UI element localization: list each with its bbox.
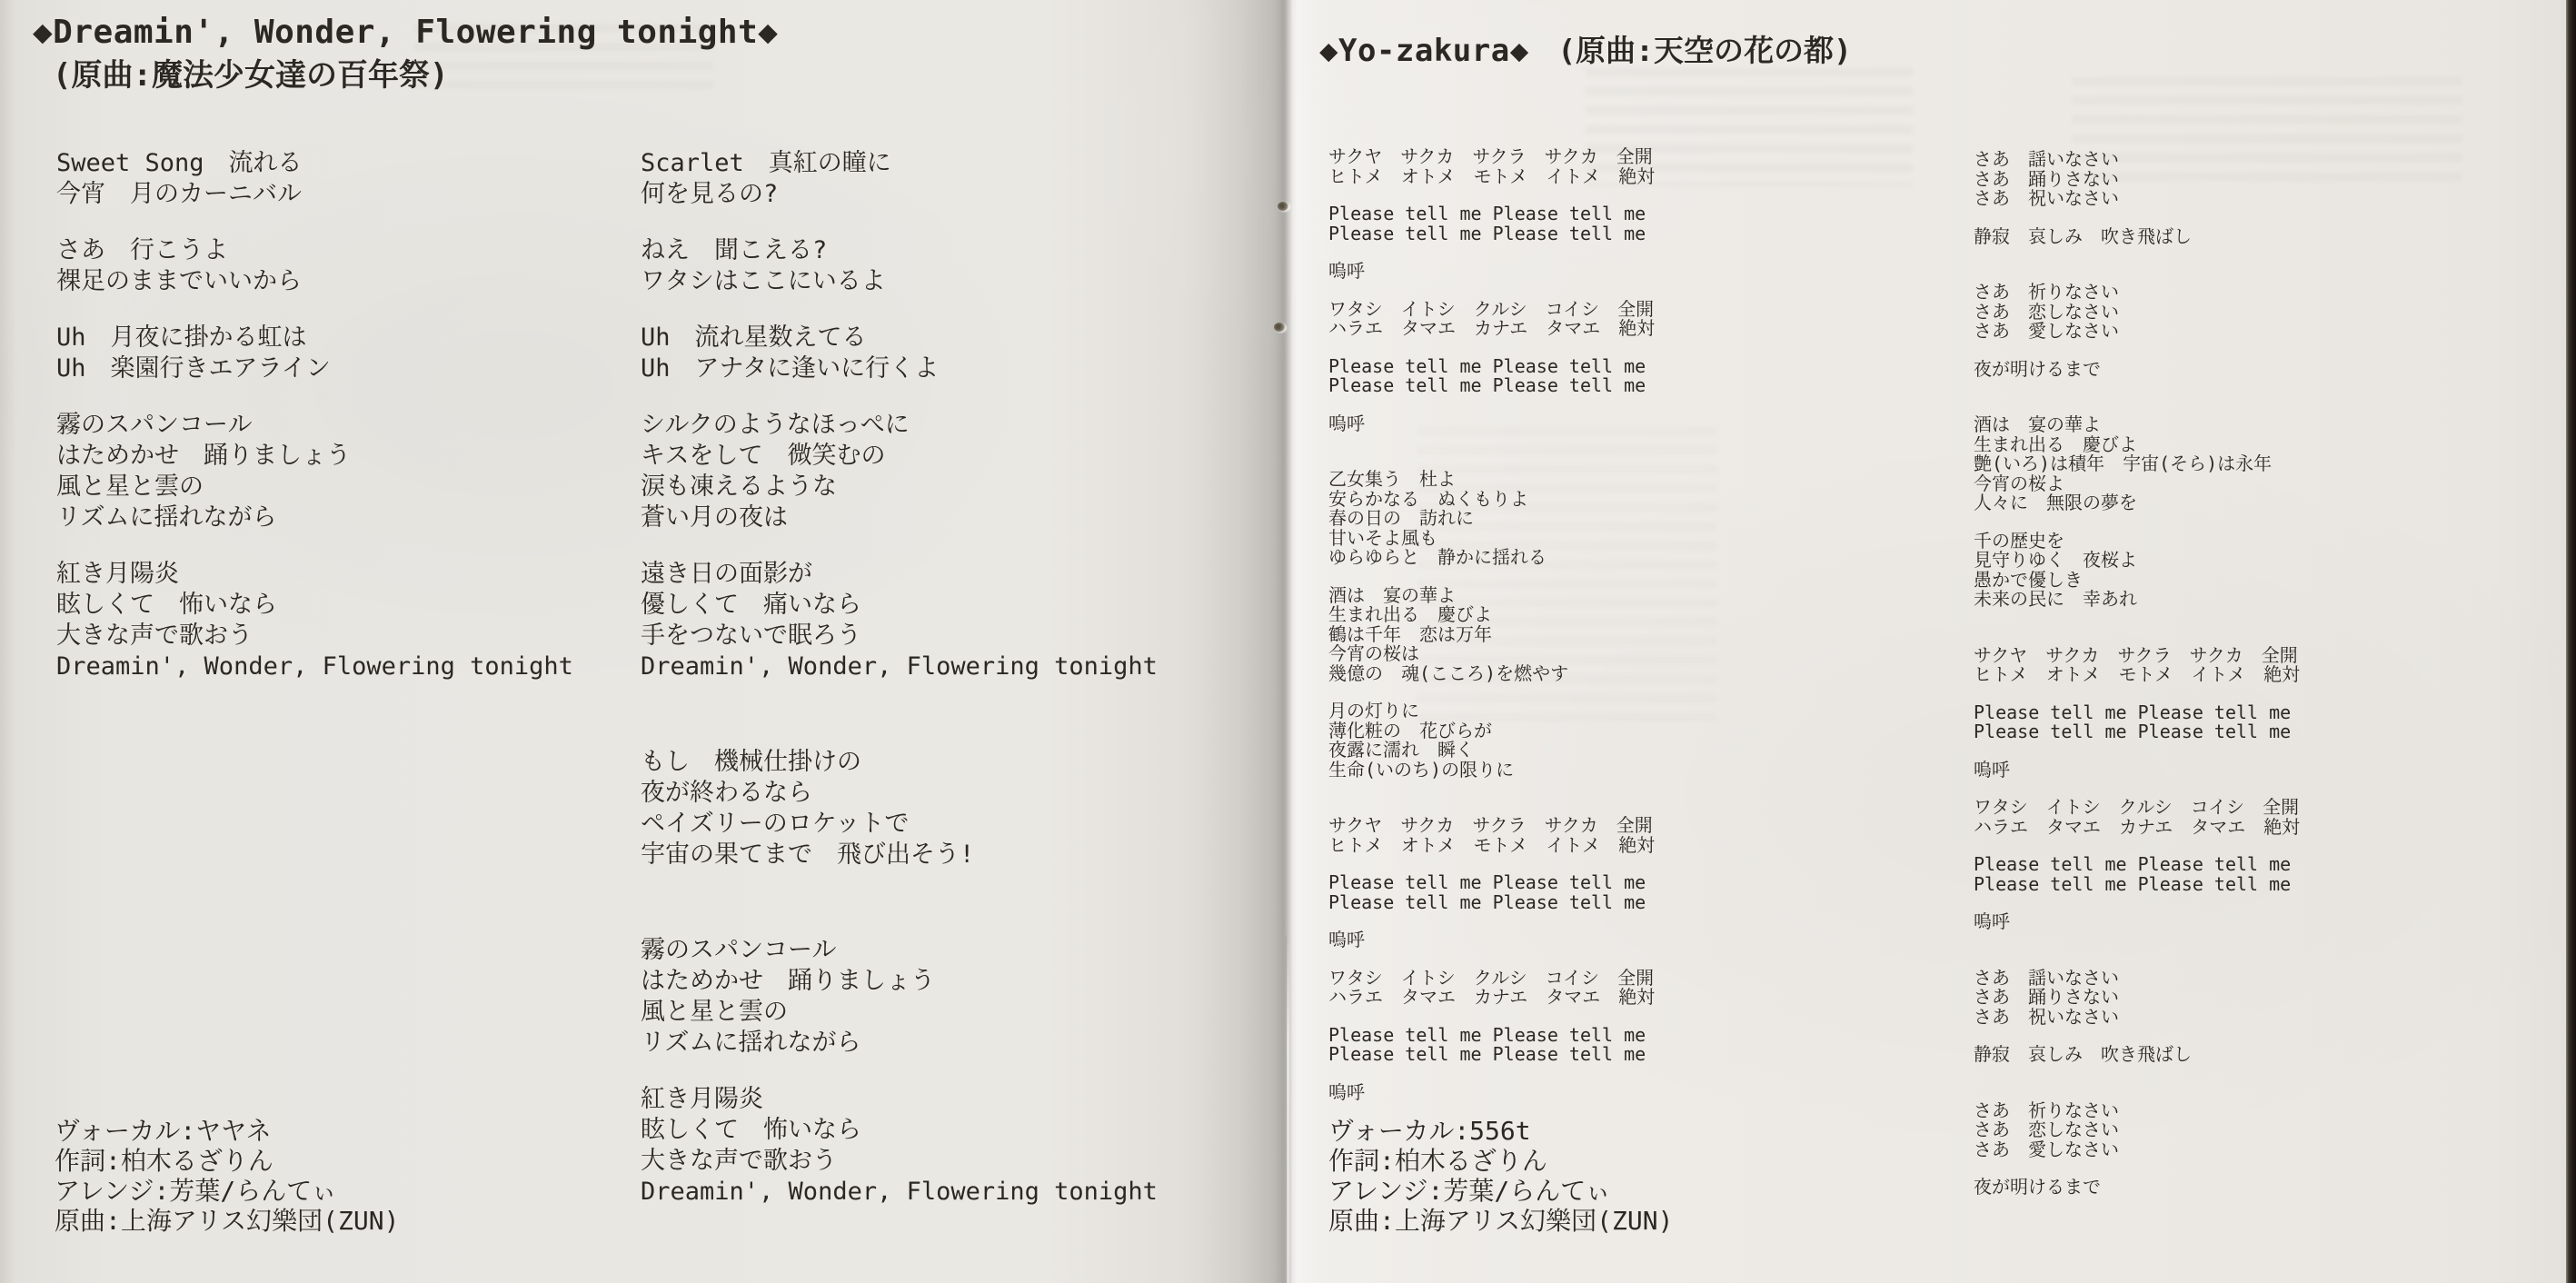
lyric-stanza: Scarlet 真紅の瞳に何を見るの? <box>641 148 1240 210</box>
lyric-line: リズムに揺れながら <box>641 1028 1240 1059</box>
lyric-line: さあ 祝いなさい <box>1974 189 2564 209</box>
lyric-line: 今宵の桜よ <box>1974 474 2564 494</box>
lyric-stanza: 紅き月陽炎眩しくて 怖いなら大きな声で歌おうDreamin', Wonder, … <box>56 559 638 682</box>
lyric-stanza: Uh 月夜に掛かる虹はUh 楽園行きエアライン <box>56 323 638 384</box>
lyric-stanza: 遠き日の面影が優しくて 痛いなら手をつないで眠ろうDreamin', Wonde… <box>641 559 1240 682</box>
stanza-group: さあ 祈りなさいさあ 恋しなさいさあ 愛しなさい夜が明けるまで <box>1974 1101 2564 1198</box>
stanza-group: Scarlet 真紅の瞳に何を見るの?ねえ 聞こえる?ワタシはここにいるよUh … <box>641 148 1240 682</box>
lyric-line: 未来の民に 幸あれ <box>1974 590 2564 610</box>
lyric-line: さあ 祝いなさい <box>1974 1008 2564 1028</box>
lyric-stanza: Please tell me Please tell mePlease tell… <box>1974 703 2564 742</box>
lyric-line: さあ 恋しなさい <box>1974 1120 2564 1140</box>
lyric-line: 眩しくて 怖いなら <box>56 590 638 621</box>
credit-line: ヴォーカル:ヤヤネ <box>55 1116 399 1146</box>
lyric-stanza: 酒は 宴の華よ生まれ出る 慶びよ艶(いろ)は積年 宇宙(そら)は永年今宵の桜よ人… <box>1974 415 2564 513</box>
lyric-line: Uh 月夜に掛かる虹は <box>56 323 638 353</box>
lyric-line: 大きな声で歌おう <box>641 1146 1240 1177</box>
lyric-stanza: 霧のスパンコールはためかせ 踊りましょう風と星と雲のリズムに揺れながら <box>56 410 638 533</box>
credit-line: 作詞:柏木るざりん <box>1328 1146 1673 1176</box>
lyric-line: 紅き月陽炎 <box>56 559 638 590</box>
lyric-line: Please tell me Please tell me <box>1328 893 1928 913</box>
stanza-group: もし 機械仕掛けの夜が終わるならペイズリーのロケットで宇宙の果てまで 飛び出そう… <box>641 747 1240 870</box>
lyric-line: 夜が明けるまで <box>1974 360 2564 380</box>
right-song-title: ◆Yo-zakura◆ <box>1319 33 1529 69</box>
lyric-line: ペイズリーのロケットで <box>641 809 1240 840</box>
credit-line: アレンジ:芳葉/らんてぃ <box>1328 1176 1673 1206</box>
lyric-line: 艶(いろ)は積年 宇宙(そら)は永年 <box>1974 454 2564 474</box>
stanza-group: 酒は 宴の華よ生まれ出る 慶びよ艶(いろ)は積年 宇宙(そら)は永年今宵の桜よ人… <box>1974 415 2564 610</box>
lyric-stanza: さあ 祈りなさいさあ 恋しなさいさあ 愛しなさい <box>1974 283 2564 342</box>
lyric-line: 春の日の 訪れに <box>1328 509 1928 529</box>
lyric-stanza: 千の歴史を見守りゆく 夜桜よ愚かで優しき未来の民に 幸あれ <box>1974 532 2564 610</box>
booklet-spread: ◆Dreamin', Wonder, Flowering tonight◆ (原… <box>0 0 2576 1283</box>
lyric-line: はためかせ 踊りましょう <box>56 441 638 472</box>
staple-mark <box>1278 202 1288 211</box>
lyric-line: 甘いそよ風も <box>1328 529 1928 549</box>
lyric-stanza: 嗚呼 <box>1974 761 2564 781</box>
lyric-line: Dreamin', Wonder, Flowering tonight <box>641 1177 1240 1208</box>
lyric-line: 生まれ出る 慶びよ <box>1328 605 1928 625</box>
lyric-line: Please tell me Please tell me <box>1328 357 1928 377</box>
lyric-line: シルクのようなほっぺに <box>641 410 1240 441</box>
stanza-group: さあ 謡いなさいさあ 踊りさないさあ 祝いなさい静寂 哀しみ 吹き飛ばし <box>1974 969 2564 1065</box>
lyric-line: 酒は 宴の華よ <box>1328 586 1928 606</box>
lyric-stanza: 静寂 哀しみ 吹き飛ばし <box>1974 227 2564 247</box>
lyric-stanza: 嗚呼 <box>1328 930 1928 950</box>
lyric-line: さあ 謡いなさい <box>1974 969 2564 989</box>
lyric-line: ハラエ タマエ カナエ タマエ 絶対 <box>1328 988 1928 1008</box>
stanza-group: Sweet Song 流れる今宵 月のカーニバルさあ 行こうよ裸足のままでいいか… <box>56 148 638 682</box>
lyric-line: 霧のスパンコール <box>56 410 638 441</box>
lyric-stanza: Please tell me Please tell mePlease tell… <box>1974 855 2564 894</box>
lyric-line: 薄化粧の 花びらが <box>1328 721 1928 741</box>
credit-line: アレンジ:芳葉/らんてぃ <box>55 1176 399 1206</box>
lyric-line: 夜が終わるなら <box>641 778 1240 809</box>
lyric-line: サクヤ サクカ サクラ サクカ 全開 <box>1974 646 2564 666</box>
lyric-line: 嗚呼 <box>1328 414 1928 434</box>
lyric-stanza: さあ 祈りなさいさあ 恋しなさいさあ 愛しなさい <box>1974 1101 2564 1160</box>
credit-line: 原曲:上海アリス幻樂団(ZUN) <box>1328 1206 1673 1236</box>
fold-crease <box>1287 936 1289 1283</box>
lyric-line: さあ 恋しなさい <box>1974 303 2564 323</box>
lyric-stanza: もし 機械仕掛けの夜が終わるならペイズリーのロケットで宇宙の果てまで 飛び出そう… <box>641 747 1240 870</box>
lyric-stanza: 夜が明けるまで <box>1974 1178 2564 1198</box>
lyric-line: はためかせ 踊りましょう <box>641 966 1240 997</box>
lyric-line: Please tell me Please tell me <box>1328 1045 1928 1065</box>
lyric-line: 嗚呼 <box>1974 761 2564 781</box>
stanza-group: 乙女集う 杜よ安らかなる ぬくもりよ春の日の 訪れに甘いそよ風もゆらゆらと 静か… <box>1328 470 1928 780</box>
lyric-line: ワタシ イトシ クルシ コイシ 全開 <box>1328 300 1928 320</box>
lyric-line: ねえ 聞こえる? <box>641 235 1240 266</box>
lyric-line: ハラエ タマエ カナエ タマエ 絶対 <box>1974 818 2564 838</box>
lyric-line: さあ 祈りなさい <box>1974 283 2564 303</box>
lyric-stanza: Please tell me Please tell mePlease tell… <box>1328 873 1928 912</box>
lyric-line: 見守りゆく 夜桜よ <box>1974 551 2564 571</box>
lyric-stanza: Please tell me Please tell mePlease tell… <box>1328 1026 1928 1065</box>
lyric-line: Please tell me Please tell me <box>1328 224 1928 244</box>
lyric-line: 霧のスパンコール <box>641 935 1240 966</box>
lyric-line: Please tell me Please tell me <box>1328 376 1928 396</box>
lyric-line: 嗚呼 <box>1974 912 2564 932</box>
lyric-line: 風と星と雲の <box>56 472 638 502</box>
lyric-stanza: サクヤ サクカ サクラ サクカ 全開ヒトメ オトメ モトメ イトメ 絶対 <box>1328 816 1928 855</box>
lyric-line: 何を見るの? <box>641 179 1240 210</box>
lyric-stanza: Please tell me Please tell mePlease tell… <box>1328 204 1928 244</box>
lyric-stanza: 静寂 哀しみ 吹き飛ばし <box>1974 1045 2564 1065</box>
left-song-title: ◆Dreamin', Wonder, Flowering tonight◆ <box>33 13 778 53</box>
lyric-stanza: ワタシ イトシ クルシ コイシ 全開ハラエ タマエ カナエ タマエ 絶対 <box>1328 969 1928 1008</box>
lyric-line: 夜が明けるまで <box>1974 1178 2564 1198</box>
lyric-line: 月の灯りに <box>1328 701 1928 721</box>
lyric-line: Dreamin', Wonder, Flowering tonight <box>56 651 638 682</box>
lyric-line: 優しくて 痛いなら <box>641 590 1240 621</box>
page-fold-shadow <box>1181 0 1318 1283</box>
lyric-line: 遠き日の面影が <box>641 559 1240 590</box>
lyric-line: 眩しくて 怖いなら <box>641 1115 1240 1146</box>
lyric-line: 裸足のままでいいから <box>56 266 638 297</box>
right-title-line: ◆Yo-zakura◆ (原曲:天空の花の都) <box>1319 27 1852 70</box>
lyric-line: さあ 踊りさない <box>1974 170 2564 190</box>
lyric-stanza: 月の灯りに薄化粧の 花びらが夜露に濡れ 瞬く生命(いのち)の限りに <box>1328 701 1928 780</box>
lyric-line: ワタシ イトシ クルシ コイシ 全開 <box>1328 969 1928 989</box>
lyric-line: 嗚呼 <box>1328 930 1928 950</box>
lyric-line: 人々に 無限の夢を <box>1974 493 2564 513</box>
stanza-group: さあ 謡いなさいさあ 踊りさないさあ 祝いなさい静寂 哀しみ 吹き飛ばし <box>1974 150 2564 246</box>
lyric-stanza: 嗚呼 <box>1328 414 1928 434</box>
staple-mark <box>1274 323 1285 332</box>
lyric-stanza: サクヤ サクカ サクラ サクカ 全開ヒトメ オトメ モトメ イトメ 絶対 <box>1974 646 2564 685</box>
lyric-line: さあ 踊りさない <box>1974 988 2564 1008</box>
lyric-line: Uh 楽園行きエアライン <box>56 353 638 384</box>
lyric-line: Scarlet 真紅の瞳に <box>641 148 1240 179</box>
left-lyrics-column-2: Scarlet 真紅の瞳に何を見るの?ねえ 聞こえる?ワタシはここにいるよUh … <box>641 148 1240 1208</box>
left-song-origin: (原曲:魔法少女達の百年祭) <box>53 56 448 94</box>
lyric-line: Please tell me Please tell me <box>1974 722 2564 742</box>
lyric-stanza: 紅き月陽炎眩しくて 怖いなら大きな声で歌おうDreamin', Wonder, … <box>641 1084 1240 1208</box>
left-credits: ヴォーカル:ヤヤネ作詞:柏木るざりんアレンジ:芳葉/らんてぃ原曲:上海アリス幻樂… <box>55 1116 399 1236</box>
stanza-group: サクヤ サクカ サクラ サクカ 全開ヒトメ オトメ モトメ イトメ 絶対Plea… <box>1328 147 1928 433</box>
lyric-line: 宇宙の果てまで 飛び出そう! <box>641 840 1240 870</box>
right-lyrics-column-1: サクヤ サクカ サクラ サクカ 全開ヒトメ オトメ モトメ イトメ 絶対Plea… <box>1328 147 1928 1102</box>
stanza-group: さあ 祈りなさいさあ 恋しなさいさあ 愛しなさい夜が明けるまで <box>1974 283 2564 379</box>
lyric-stanza: さあ 謡いなさいさあ 踊りさないさあ 祝いなさい <box>1974 969 2564 1028</box>
lyric-line: ヒトメ オトメ モトメ イトメ 絶対 <box>1974 665 2564 685</box>
lyric-line: ハラエ タマエ カナエ タマエ 絶対 <box>1328 319 1928 339</box>
lyric-line: ヒトメ オトメ モトメ イトメ 絶対 <box>1328 167 1928 187</box>
lyric-line: Uh 流れ星数えてる <box>641 323 1240 353</box>
page-left: ◆Dreamin', Wonder, Flowering tonight◆ (原… <box>0 0 1281 1283</box>
lyric-stanza: ねえ 聞こえる?ワタシはここにいるよ <box>641 235 1240 297</box>
lyric-line: ゆらゆらと 静かに揺れる <box>1328 548 1928 568</box>
lyric-line: さあ 祈りなさい <box>1974 1101 2564 1121</box>
lyric-line: キスをして 微笑むの <box>641 441 1240 472</box>
lyric-line: Please tell me Please tell me <box>1328 204 1928 224</box>
lyric-line: 今宵の桜は <box>1328 644 1928 664</box>
lyric-line: 風と星と雲の <box>641 997 1240 1028</box>
lyric-line: Please tell me Please tell me <box>1974 855 2564 875</box>
lyric-line: 静寂 哀しみ 吹き飛ばし <box>1974 1045 2564 1065</box>
lyric-line: 手をつないで眠ろう <box>641 621 1240 651</box>
lyric-stanza: 霧のスパンコールはためかせ 踊りましょう風と星と雲のリズムに揺れながら <box>641 935 1240 1059</box>
lyric-line: 生命(いのち)の限りに <box>1328 761 1928 781</box>
right-lyrics-column-2: さあ 謡いなさいさあ 踊りさないさあ 祝いなさい静寂 哀しみ 吹き飛ばしさあ 祈… <box>1974 150 2564 1198</box>
credit-line: 原曲:上海アリス幻樂団(ZUN) <box>55 1206 399 1236</box>
lyric-line: Please tell me Please tell me <box>1974 875 2564 895</box>
right-credits: ヴォーカル:556t作詞:柏木るざりんアレンジ:芳葉/らんてぃ原曲:上海アリス幻… <box>1328 1116 1673 1236</box>
lyric-line: 幾億の 魂(こころ)を燃やす <box>1328 664 1928 684</box>
lyric-line: Dreamin', Wonder, Flowering tonight <box>641 651 1240 682</box>
lyric-stanza: ワタシ イトシ クルシ コイシ 全開ハラエ タマエ カナエ タマエ 絶対 <box>1328 300 1928 339</box>
lyric-line: もし 機械仕掛けの <box>641 747 1240 778</box>
credit-line: ヴォーカル:556t <box>1328 1116 1673 1146</box>
lyric-stanza: 嗚呼 <box>1974 912 2564 932</box>
lyric-line: ヒトメ オトメ モトメ イトメ 絶対 <box>1328 836 1928 856</box>
right-song-origin: (原曲:天空の花の都) <box>1557 33 1852 68</box>
lyric-line: 嗚呼 <box>1328 262 1928 282</box>
lyric-line: Uh アナタに逢いに行くよ <box>641 353 1240 384</box>
lyric-stanza: 夜が明けるまで <box>1974 360 2564 380</box>
lyric-line: Sweet Song 流れる <box>56 148 638 179</box>
lyric-line: 涙も凍えるような <box>641 472 1240 502</box>
lyric-line: 鶴は千年 恋は万年 <box>1328 625 1928 645</box>
lyric-stanza: 乙女集う 杜よ安らかなる ぬくもりよ春の日の 訪れに甘いそよ風もゆらゆらと 静か… <box>1328 470 1928 568</box>
lyric-stanza: シルクのようなほっぺにキスをして 微笑むの涙も凍えるような蒼い月の夜は <box>641 410 1240 533</box>
lyric-line: 大きな声で歌おう <box>56 621 638 651</box>
lyric-line: リズムに揺れながら <box>56 502 638 533</box>
lyric-line: 乙女集う 杜よ <box>1328 470 1928 490</box>
page-right: ◆Yo-zakura◆ (原曲:天空の花の都) サクヤ サクカ サクラ サクカ … <box>1281 0 2576 1283</box>
lyric-stanza: 嗚呼 <box>1328 1083 1928 1103</box>
lyric-line: サクヤ サクカ サクラ サクカ 全開 <box>1328 147 1928 167</box>
lyric-stanza: Please tell me Please tell mePlease tell… <box>1328 357 1928 396</box>
lyric-line: 嗚呼 <box>1328 1083 1928 1103</box>
lyric-line: さあ 愛しなさい <box>1974 322 2564 342</box>
lyric-line: Please tell me Please tell me <box>1974 703 2564 723</box>
lyric-line: 夜露に濡れ 瞬く <box>1328 741 1928 761</box>
scan-edge <box>2566 0 2576 1283</box>
lyric-line: Please tell me Please tell me <box>1328 1026 1928 1046</box>
left-lyrics-column-1: Sweet Song 流れる今宵 月のカーニバルさあ 行こうよ裸足のままでいいか… <box>56 148 638 682</box>
lyric-stanza: さあ 行こうよ裸足のままでいいから <box>56 235 638 297</box>
stanza-group: サクヤ サクカ サクラ サクカ 全開ヒトメ オトメ モトメ イトメ 絶対Plea… <box>1974 646 2564 932</box>
lyric-line: ワタシ イトシ クルシ コイシ 全開 <box>1974 798 2564 818</box>
lyric-line: 生まれ出る 慶びよ <box>1974 435 2564 455</box>
lyric-stanza: 酒は 宴の華よ生まれ出る 慶びよ鶴は千年 恋は万年今宵の桜は幾億の 魂(こころ)… <box>1328 586 1928 684</box>
lyric-line: Please tell me Please tell me <box>1328 873 1928 893</box>
lyric-line: 蒼い月の夜は <box>641 502 1240 533</box>
lyric-line: 安らかなる ぬくもりよ <box>1328 490 1928 510</box>
lyric-line: さあ 愛しなさい <box>1974 1140 2564 1160</box>
lyric-line: さあ 行こうよ <box>56 235 638 266</box>
credit-line: 作詞:柏木るざりん <box>55 1146 399 1176</box>
lyric-line: サクヤ サクカ サクラ サクカ 全開 <box>1328 816 1928 836</box>
lyric-stanza: ワタシ イトシ クルシ コイシ 全開ハラエ タマエ カナエ タマエ 絶対 <box>1974 798 2564 837</box>
lyric-stanza: Uh 流れ星数えてるUh アナタに逢いに行くよ <box>641 323 1240 384</box>
lyric-line: ワタシはここにいるよ <box>641 266 1240 297</box>
lyric-line: 酒は 宴の華よ <box>1974 415 2564 435</box>
lyric-stanza: さあ 謡いなさいさあ 踊りさないさあ 祝いなさい <box>1974 150 2564 209</box>
stanza-group: 霧のスパンコールはためかせ 踊りましょう風と星と雲のリズムに揺れながら紅き月陽炎… <box>641 935 1240 1208</box>
lyric-line: 静寂 哀しみ 吹き飛ばし <box>1974 227 2564 247</box>
lyric-line: 今宵 月のカーニバル <box>56 179 638 210</box>
lyric-stanza: サクヤ サクカ サクラ サクカ 全開ヒトメ オトメ モトメ イトメ 絶対 <box>1328 147 1928 186</box>
lyric-line: 千の歴史を <box>1974 532 2564 552</box>
stanza-group: サクヤ サクカ サクラ サクカ 全開ヒトメ オトメ モトメ イトメ 絶対Plea… <box>1328 816 1928 1102</box>
lyric-line: 愚かで優しき <box>1974 571 2564 591</box>
lyric-stanza: Sweet Song 流れる今宵 月のカーニバル <box>56 148 638 210</box>
lyric-line: 紅き月陽炎 <box>641 1084 1240 1115</box>
lyric-line: さあ 謡いなさい <box>1974 150 2564 170</box>
lyric-stanza: 嗚呼 <box>1328 262 1928 282</box>
